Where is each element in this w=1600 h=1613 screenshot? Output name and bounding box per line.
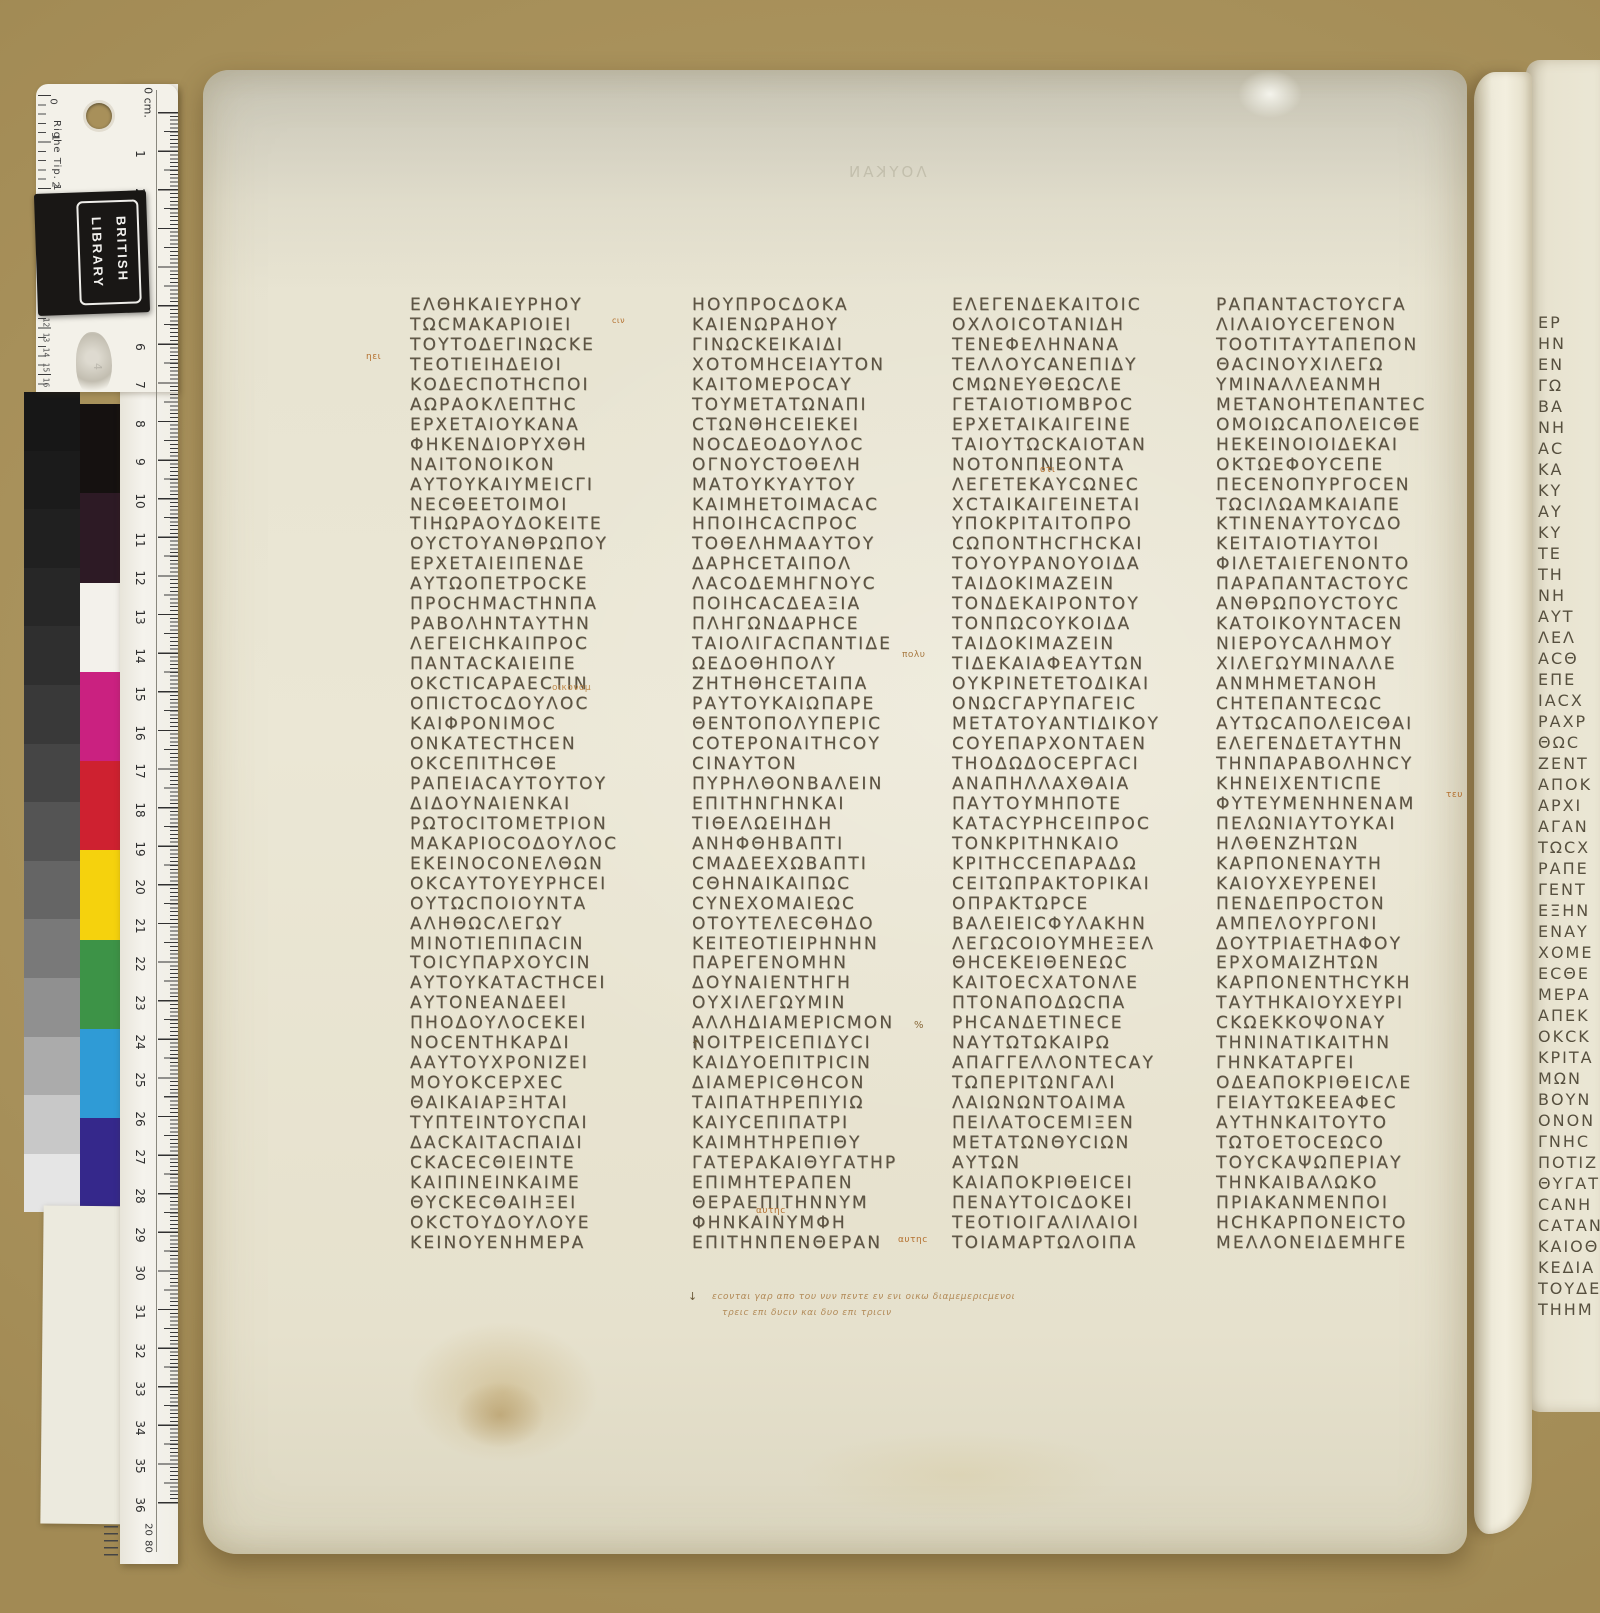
text-line: ΚΤΙΝΕΝΑΥΤΟΥϹΔΟ bbox=[1216, 515, 1468, 535]
text-line: ΤΑΙΔΟΚΙΜΑΖΕΙΝ bbox=[952, 635, 1204, 655]
ruler-cm-number: 18 bbox=[133, 798, 147, 822]
stain bbox=[1238, 70, 1302, 118]
text-line: ΝΟϹΔΕΟΔΟΥΛΟϹ bbox=[692, 436, 944, 456]
side-scale-small-number: 12 bbox=[42, 317, 51, 329]
text-line: ΓΗΝΚΑΤΑΡΓΕΙ bbox=[1216, 1054, 1468, 1074]
text-line: ΘΑϹΙΝΟΥΧΙΛΕΓΩ bbox=[1216, 356, 1468, 376]
ruler-cm-number: 29 bbox=[133, 1223, 147, 1247]
text-line: ΟΚϹΤΟΥΔΟΥΛΟΥΕ bbox=[410, 1214, 662, 1234]
text-line: ΤΕΝΕΦΕΛΗΝΑΝΑ bbox=[952, 336, 1204, 356]
text-line: ΜΕΤΑΤΟΥΑΝΤΙΔΙΚΟΥ bbox=[952, 715, 1204, 735]
text-line: ΑΥΤΟΥΚΑΙΥΜΕΙϹΓΙ bbox=[410, 476, 662, 496]
text-line: ΛΕΓΕΙϹΗΚΑΙΠΡΟϹ bbox=[410, 635, 662, 655]
text-column-4: ΡΑΠΑΝΤΑϹΤΟΥϹΓΑΛΙΛΑΙΟΥϹΕΓΕΝΟΝΤΟΟΤΙΤΑΥΤΑΠΕ… bbox=[1216, 296, 1468, 1254]
text-line: ΠΡΟϹΗΜΑϹΤΗΝΠΑ bbox=[410, 595, 662, 615]
adjacent-page-text-line: ΚΕΔΙΑ bbox=[1538, 1257, 1600, 1278]
text-line: ΑΥΤΟΥΚΑΤΑϹΤΗϹΕΙ bbox=[410, 974, 662, 994]
text-line: ΦΥΤΕΥΜΕΝΗΝΕΝΑΜ bbox=[1216, 795, 1468, 815]
adjacent-page-text-line: ΒΟΥΝ bbox=[1538, 1089, 1600, 1110]
text-line: ΤΙΘΕΛΩΕΙΗΔΗ bbox=[692, 815, 944, 835]
british-library-label-frame: BRITISH LIBRARY bbox=[76, 199, 142, 305]
text-line: ΕΚΕΙΝΟϹΟΝΕΛΘΩΝ bbox=[410, 855, 662, 875]
text-line: ΓΙΝΩϹΚΕΙΚΑΙΔΙ bbox=[692, 336, 944, 356]
ruler-cm-number: 1 bbox=[133, 142, 147, 166]
gray-step bbox=[24, 509, 80, 568]
text-line: ΤΥΠΤΕΙΝΤΟΥϹΠΑΙ bbox=[410, 1114, 662, 1134]
text-line: ΟΚϹΤΙϹΑΡΑΕϹΤΙΝ bbox=[410, 675, 662, 695]
text-line: ΠΕΛΩΝΙΑΥΤΟΥΚΑΙ bbox=[1216, 815, 1468, 835]
grayscale-wedge bbox=[24, 392, 80, 1212]
text-line: ΝΑΥΤΩΤΩΚΑΙΡΩ bbox=[952, 1034, 1204, 1054]
text-line: ΑΝΜΗΜΕΤΑΝΟΗ bbox=[1216, 675, 1468, 695]
marginal-note: τευ bbox=[1446, 790, 1463, 800]
adjacent-page-text-line: ΑΡΧΙ bbox=[1538, 795, 1600, 816]
text-column-2: ΗΟΥΠΡΟϹΔΟΚΑΚΑΙΕΝΩΡΑΗΟΥΓΙΝΩϹΚΕΙΚΑΙΔΙΧΟΤΟΜ… bbox=[692, 296, 944, 1254]
adjacent-page-text-line: ΧΟΜΕ bbox=[1538, 942, 1600, 963]
text-line: ΤΟΥϹΚΑΨΩΠΕΡΙΑΥ bbox=[1216, 1154, 1468, 1174]
text-line: ΜΕΤΑΝΟΗΤΕΠΑΝΤΕϹ bbox=[1216, 396, 1468, 416]
ruler-cm-number: 23 bbox=[133, 991, 147, 1015]
ruler-cm-number: 9 bbox=[133, 450, 147, 474]
text-line: ΟΥΤΩϹΠΟΙΟΥΝΤΑ bbox=[410, 895, 662, 915]
text-line: ΟΓΝΟΥϹΤΟΘΕΛΗ bbox=[692, 456, 944, 476]
marginal-note: ϲιν bbox=[612, 316, 625, 325]
text-line: ΚΑΤΟΙΚΟΥΝΤΑϹΕΝ bbox=[1216, 615, 1468, 635]
ruler-bottom-number-80: 80 bbox=[143, 1537, 154, 1557]
ruler-cm-number: 26 bbox=[133, 1107, 147, 1131]
text-line: ΚΑΙΕΝΩΡΑΗΟΥ bbox=[692, 316, 944, 336]
text-line: ΑΝΗΦΘΗΒΑΠΤΙ bbox=[692, 835, 944, 855]
text-line: ΔΙΑΜΕΡΙϹΘΗϹΟΝ bbox=[692, 1074, 944, 1094]
text-line: ΑΑΥΤΟΥΧΡΟΝΙΖΕΙ bbox=[410, 1054, 662, 1074]
text-column-1: ΕΛΘΗΚΑΙΕΥΡΗΟΥΤΩϹΜΑΚΑΡΙΟΙΕΙΤΟΥΤΟΔΕΓΙΝΩϹΚΕ… bbox=[410, 296, 662, 1254]
corrector-note-mark: ↓ bbox=[688, 1290, 697, 1303]
text-line: ΚΑΙΜΗΤΗΡΕΠΙΘΥ bbox=[692, 1134, 944, 1154]
adjacent-page-text-line: ΠΟΤΙΖ bbox=[1538, 1152, 1600, 1173]
text-line: ΤΕΟΤΙΕΙΗΔΕΙΟΙ bbox=[410, 356, 662, 376]
text-line: ΜΕΛΛΟΝΕΙΔΕΜΗΓΕ bbox=[1216, 1234, 1468, 1254]
text-line: ΤΩϹΙΛΩΑΜΚΑΙΑΠΕ bbox=[1216, 496, 1468, 516]
side-scale-small-number: 15 bbox=[42, 362, 51, 374]
text-line: ΠΑΡΕΓΕΝΟΜΗΝ bbox=[692, 954, 944, 974]
ruler-cm-number: 14 bbox=[133, 644, 147, 668]
text-line: ΟΜΟΙΩϹΑΠΟΛΕΙϹΘΕ bbox=[1216, 416, 1468, 436]
corrector-note-line: εϲονται γαρ απο του νυν πεντε εν ενι οικ… bbox=[712, 1292, 1015, 1302]
text-line: ϹΕΙΤΩΠΡΑΚΤΟΡΙΚΑΙ bbox=[952, 875, 1204, 895]
adjacent-page-text-line: ΝΗ bbox=[1538, 585, 1600, 606]
gray-step bbox=[24, 568, 80, 627]
side-scale-number: 2 bbox=[50, 177, 61, 191]
text-line: ΟΠΡΑΚΤΩΡϹΕ bbox=[952, 895, 1204, 915]
ruler-cm-number: 27 bbox=[133, 1145, 147, 1169]
text-line: ΤΟΝΚΡΙΤΗΝΚΑΙΟ bbox=[952, 835, 1204, 855]
text-line: ΚΑΙΤΟΕϹΧΑΤΟΝΛΕ bbox=[952, 974, 1204, 994]
text-line: ϹΥΝΕΧΟΜΑΙΕΩϹ bbox=[692, 895, 944, 915]
text-line: ΕΛΘΗΚΑΙΕΥΡΗΟΥ bbox=[410, 296, 662, 316]
ruler-cm-number: 35 bbox=[133, 1454, 147, 1478]
text-line: ΠΕΝΑΥΤΟΙϹΔΟΚΕΙ bbox=[952, 1194, 1204, 1214]
text-line: ΤΗΝΙΝΑΤΙΚΑΙΤΗΝ bbox=[1216, 1034, 1468, 1054]
side-scale-small-number: 13 bbox=[42, 332, 51, 344]
text-line: ΤΩΠΕΡΙΤΩΝΓΑΛΙ bbox=[952, 1074, 1204, 1094]
ruler-cm-number: 34 bbox=[133, 1416, 147, 1440]
adjacent-page-text-line: ΕϹΘΕ bbox=[1538, 963, 1600, 984]
adjacent-page-text-line: ΜΕΡΑ bbox=[1538, 984, 1600, 1005]
ruler-cm-number: 12 bbox=[133, 566, 147, 590]
text-line: ΗΕΚΕΙΝΟΙΟΙΔΕΚΑΙ bbox=[1216, 436, 1468, 456]
text-line: ϹΗΤΕΠΑΝΤΕϹΩϹ bbox=[1216, 695, 1468, 715]
text-line: ΕΛΕΓΕΝΔΕΤΑΥΤΗΝ bbox=[1216, 735, 1468, 755]
text-line: ΤΑΙΔΟΚΙΜΑΖΕΙΝ bbox=[952, 575, 1204, 595]
gray-step bbox=[24, 1095, 80, 1154]
text-line: ΝΟΙΤΡΕΙϹΕΠΙΔΥϹΙ bbox=[692, 1034, 944, 1054]
adjacent-page-text-line: ΑΠΟΚ bbox=[1538, 774, 1600, 795]
adjacent-page-text-line: ΚΡΙΤΑ bbox=[1538, 1047, 1600, 1068]
text-line: ΟΠΙϹΤΟϹΔΟΥΛΟϹ bbox=[410, 695, 662, 715]
text-line: ΚΕΙΝΟΥΕΝΗΜΕΡΑ bbox=[410, 1234, 662, 1254]
stain bbox=[800, 1430, 1120, 1520]
text-line: ΦΗΚΕΝΔΙΟΡΥΧΘΗ bbox=[410, 436, 662, 456]
show-through-text: ΛΟΥΚΑΝ bbox=[846, 163, 927, 181]
text-line: ΤΑΙΠΑΤΗΡΕΠΙΥΙΩ bbox=[692, 1094, 944, 1114]
gray-step bbox=[24, 802, 80, 861]
text-line: ΚΕΙΤΑΙΟΤΙΑΥΤΟΙ bbox=[1216, 535, 1468, 555]
ruler-divider-line bbox=[156, 90, 157, 1552]
marginal-note: ηει bbox=[366, 352, 381, 362]
text-line: ϹΙΝΑΥΤΟΝ bbox=[692, 755, 944, 775]
text-line: ΤΟΝΠΩϹΟΥΚΟΙΔΑ bbox=[952, 615, 1204, 635]
text-line: ΟΥϹΤΟΥΑΝΘΡΩΠΟΥ bbox=[410, 535, 662, 555]
gray-step bbox=[24, 626, 80, 685]
text-line: ΤΗΝΠΑΡΑΒΟΛΗΝϹΥ bbox=[1216, 755, 1468, 775]
marginal-arrow-mark: ↑ bbox=[690, 1038, 702, 1054]
marginal-mark: % bbox=[914, 1020, 924, 1031]
british-library-label-text: BRITISH LIBRARY bbox=[83, 216, 135, 289]
side-scale-zero: 0 bbox=[48, 98, 59, 104]
adjacent-page-text-line: ΟΝΟΝ bbox=[1538, 1110, 1600, 1131]
ruler-cm-number: 21 bbox=[133, 914, 147, 938]
text-line: ΠΑΝΤΑϹΚΑΙΕΙΠΕ bbox=[410, 655, 662, 675]
text-line: ΤΙΔΕΚΑΙΑΦΕΑΥΤΩΝ bbox=[952, 655, 1204, 675]
adjacent-page-text-line: ΑΠΕΚ bbox=[1538, 1005, 1600, 1026]
gray-step bbox=[24, 685, 80, 744]
gray-step bbox=[24, 919, 80, 978]
text-line: ΚΑΙΔΥΟΕΠΙΤΡΙϹΙΝ bbox=[692, 1054, 944, 1074]
text-line: ΠΟΙΗϹΑϹΔΕΑΞΙΑ bbox=[692, 595, 944, 615]
gray-step bbox=[24, 1154, 80, 1213]
text-line: ΑΛΛΗΔΙΑΜΕΡΙϹΜΟΝ bbox=[692, 1014, 944, 1034]
text-line: ΑΥΤΟΝΕΑΝΔΕΕΙ bbox=[410, 994, 662, 1014]
adjacent-page-text-line: ΓΕΝΤ bbox=[1538, 879, 1600, 900]
text-line: ΓΑΤΕΡΑΚΑΙΘΥΓΑΤΗΡ bbox=[692, 1154, 944, 1174]
text-line: ΘΥϹΚΕϹΘΑΙΗΞΕΙ bbox=[410, 1194, 662, 1214]
text-line: ΚΑΡΠΟΝΕΝΤΗϹΥΚΗ bbox=[1216, 974, 1468, 994]
adjacent-page-text-line: ΙΑϹΧ bbox=[1538, 690, 1600, 711]
text-line: ΚΑΙΦΡΟΝΙΜΟϹ bbox=[410, 715, 662, 735]
ruler-cm-number: 32 bbox=[133, 1339, 147, 1363]
text-line: ΚΑΙΜΗΕΤΟΙΜΑϹΑϹ bbox=[692, 496, 944, 516]
text-line: ΚΑΙΑΠΟΚΡΙΘΕΙϹΕΙ bbox=[952, 1174, 1204, 1194]
text-line: ΗΛΘΕΝΖΗΤΩΝ bbox=[1216, 835, 1468, 855]
stain bbox=[455, 1382, 545, 1448]
adjacent-page-text-line: ΑΥ bbox=[1538, 501, 1600, 522]
text-line: ΝΟΤΟΝΠΝΕΟΝΤΑ bbox=[952, 456, 1204, 476]
text-line: ΜΑΤΟΥΚΥΑΥΤΟΥ bbox=[692, 476, 944, 496]
text-line: ΛΑϹΟΔΕΜΗΓΝΟΥϹ bbox=[692, 575, 944, 595]
ruler-cm-number: 24 bbox=[133, 1030, 147, 1054]
text-line: ΛΑΙΩΝΩΝΤΟΑΙΜΑ bbox=[952, 1094, 1204, 1114]
text-line: ΤΕΟΤΙΟΙΓΑΛΙΛΑΙΟΙ bbox=[952, 1214, 1204, 1234]
text-line: ΡΑΒΟΛΗΝΤΑΥΤΗΝ bbox=[410, 615, 662, 635]
adjacent-page-text-line: ϹΑΤΑΝ bbox=[1538, 1215, 1600, 1236]
text-line: ΠΕΝΔΕΠΡΟϹΤΟΝ bbox=[1216, 895, 1468, 915]
gray-step bbox=[24, 978, 80, 1037]
text-line: ΟΚΤΩΕΦΟΥϹΕΠΕ bbox=[1216, 456, 1468, 476]
text-line: ΑΝΘΡΩΠΟΥϹΤΟΥϹ bbox=[1216, 595, 1468, 615]
text-line: ΧϹΤΑΙΚΑΙΓΕΙΝΕΤΑΙ bbox=[952, 496, 1204, 516]
text-line: ΔΟΥΤΡΙΑΕΤΗΑΦΟΥ bbox=[1216, 935, 1468, 955]
adjacent-page-text-line: ΓΝΗϹ bbox=[1538, 1131, 1600, 1152]
text-line: ΧΟΤΟΜΗϹΕΙΑΥΤΟΝ bbox=[692, 356, 944, 376]
text-line: ΟΤΟΥΤΕΛΕϹΘΗΔΟ bbox=[692, 915, 944, 935]
adjacent-page-text-line: ΤΗΗΜ bbox=[1538, 1299, 1600, 1320]
text-line: ΟΚϹΑΥΤΟΥΕΥΡΗϹΕΙ bbox=[410, 875, 662, 895]
ruler-cm-number: 15 bbox=[133, 682, 147, 706]
adjacent-page-text-line: ΕΝ bbox=[1538, 354, 1600, 375]
text-line: ΟΧΛΟΙϹΟΤΑΝΙΔΗ bbox=[952, 316, 1204, 336]
text-line: ΠΗΟΔΟΥΛΟϹΕΚΕΙ bbox=[410, 1014, 662, 1034]
text-line: ΕΡΧΕΤΑΙΚΑΙΓΕΙΝΕ bbox=[952, 416, 1204, 436]
adjacent-page-text-line: ΕΡ bbox=[1538, 312, 1600, 333]
text-line: ΤΟΙΑΜΑΡΤΩΛΟΙΠΑ bbox=[952, 1234, 1204, 1254]
text-line: ΗϹΗΚΑΡΠΟΝΕΙϹΤΟ bbox=[1216, 1214, 1468, 1234]
text-line: ΝΕϹΘΕΕΤΟΙΜΟΙ bbox=[410, 496, 662, 516]
ruler-cm-number: 22 bbox=[133, 952, 147, 976]
text-line: ΗΠΟΙΗϹΑϹΠΡΟϹ bbox=[692, 515, 944, 535]
text-line: ϹΜΩΝΕΥΘΕΩϹΛΕ bbox=[952, 376, 1204, 396]
gray-step bbox=[24, 861, 80, 920]
adjacent-page-text-line: ΛΕΛ bbox=[1538, 627, 1600, 648]
ruler-cm-number: 28 bbox=[133, 1184, 147, 1208]
text-line: ΛΕΓΕΤΕΚΑΥϹΩΝΕϹ bbox=[952, 476, 1204, 496]
text-line: ΚΑΤΑϹΥΡΗϹΕΙΠΡΟϹ bbox=[952, 815, 1204, 835]
adjacent-page-text-line: ΒΑ bbox=[1538, 396, 1600, 417]
ruler-cm-number: 8 bbox=[133, 412, 147, 436]
text-line: ΑΜΠΕΛΟΥΡΓΟΝΙ bbox=[1216, 915, 1468, 935]
text-line: ϹΘΗΝΑΙΚΑΙΠΩϹ bbox=[692, 875, 944, 895]
text-line: ΟΥΧΙΛΕΓΩΥΜΙΝ bbox=[692, 994, 944, 1014]
text-line: ΝΑΙΤΟΝΟΙΚΟΝ bbox=[410, 456, 662, 476]
adjacent-page-text-line: ΜΩΝ bbox=[1538, 1068, 1600, 1089]
text-line: ΤΟΥΤΟΔΕΓΙΝΩϹΚΕ bbox=[410, 336, 662, 356]
adjacent-page-text-line: ΕΠΕ bbox=[1538, 669, 1600, 690]
ruler-hole bbox=[86, 103, 112, 129]
text-line: ΤΙΗΩΡΑΟΥΔΟΚΕΙΤΕ bbox=[410, 515, 662, 535]
abrasion-patch bbox=[76, 332, 112, 396]
text-line: ϹΚΩΕΚΚΟΨΟΝΑΥ bbox=[1216, 1014, 1468, 1034]
adjacent-page-text-line: ΕΞΗΝ bbox=[1538, 900, 1600, 921]
text-line: ΤΟΥΟΥΡΑΝΟΥΟΙΔΑ bbox=[952, 555, 1204, 575]
text-line: ΦΗΝΚΑΙΝΥΜΦΗ bbox=[692, 1214, 944, 1234]
text-line: ΛΕΓΩϹΟΙΟΥΜΗΕΞΕΛ bbox=[952, 935, 1204, 955]
text-line: ΘΕΡΑΕΠΙΤΗΝΝΥΜ bbox=[692, 1194, 944, 1214]
text-line: ΘΗϹΕΚΕΙΘΕΝΕΩϹ bbox=[952, 954, 1204, 974]
text-line: ΚΟΔΕϹΠΟΤΗϹΠΟΙ bbox=[410, 376, 662, 396]
ruler-cm-number: 10 bbox=[133, 489, 147, 513]
ruler-cm-number: 17 bbox=[133, 759, 147, 783]
manuscript-photo: 0 cm. 1234567891011121314151617181920212… bbox=[0, 0, 1600, 1613]
adjacent-page-text-line: ϹΑΝΗ bbox=[1538, 1194, 1600, 1215]
text-line: ϹΩΠΟΝΤΗϹΓΗϹΚΑΙ bbox=[952, 535, 1204, 555]
text-line: ΜΙΝΟΤΙΕΠΙΠΑϹΙΝ bbox=[410, 935, 662, 955]
adjacent-page-text-line: ΤΕ bbox=[1538, 543, 1600, 564]
ruler-cm-number: 13 bbox=[133, 605, 147, 629]
text-line: ϹΟΥΕΠΑΡΧΟΝΤΑΕΝ bbox=[952, 735, 1204, 755]
text-line: ΜΕΤΑΤΩΝΘΥϹΙΩΝ bbox=[952, 1134, 1204, 1154]
ruler-cm-number: 25 bbox=[133, 1068, 147, 1092]
text-line: ΔΙΔΟΥΝΑΙΕΝΚΑΙ bbox=[410, 795, 662, 815]
text-line: ΡΑΥΤΟΥΚΑΙΩΠΑΡΕ bbox=[692, 695, 944, 715]
ruler-cm-number: 7 bbox=[133, 373, 147, 397]
text-line: ΗΟΥΠΡΟϹΔΟΚΑ bbox=[692, 296, 944, 316]
adjacent-page-text-line: ΚΑ bbox=[1538, 459, 1600, 480]
text-line: ΤΩΤΟΕΤΟϹΕΩϹΟ bbox=[1216, 1134, 1468, 1154]
text-line: ΠΕΙΛΑΤΟϹΕΜΙΞΕΝ bbox=[952, 1114, 1204, 1134]
text-line: ΚΑΙΤΟΜΕΡΟϹΑΥ bbox=[692, 376, 944, 396]
text-line: ΔΟΥΝΑΙΕΝΤΗΓΗ bbox=[692, 974, 944, 994]
text-line: ΟΝΚΑΤΕϹΤΗϹΕΝ bbox=[410, 735, 662, 755]
adjacent-page-text-line: ΗΝ bbox=[1538, 333, 1600, 354]
label-word-british: BRITISH bbox=[113, 216, 130, 282]
adjacent-page-text-line: ΘΥΓΑΤ bbox=[1538, 1173, 1600, 1194]
adjacent-page-text-line: ΑΓΑΝ bbox=[1538, 816, 1600, 837]
adjacent-page-text-line: ΕΝΑΥ bbox=[1538, 921, 1600, 942]
text-line: ΡΩΤΟϹΙΤΟΜΕΤΡΙΟΝ bbox=[410, 815, 662, 835]
text-line: ΤΟΥΜΕΤΑΤΩΝΑΠΙ bbox=[692, 396, 944, 416]
text-line: ΜΑΚΑΡΙΟϹΟΔΟΥΛΟϹ bbox=[410, 835, 662, 855]
text-line: ΠΑΥΤΟΥΜΗΠΟΤΕ bbox=[952, 795, 1204, 815]
ruler-cm-number: 31 bbox=[133, 1300, 147, 1324]
text-line: ΤΗΝΚΑΙΒΑΛΩΚΟ bbox=[1216, 1174, 1468, 1194]
text-line: ΑΥΤΩϹΑΠΟΛΕΙϹΘΑΙ bbox=[1216, 715, 1468, 735]
adjacent-page-text-column: ΕΡΗΝΕΝΓΩΒΑΝΗΑϹΚΑΚΥΑΥΚΥΤΕΤΗΝΗΑΥΤΛΕΛΑϹΘΕΠΕ… bbox=[1538, 312, 1600, 1320]
text-line: ΕΡΧΟΜΑΙΖΗΤΩΝ bbox=[1216, 954, 1468, 974]
adjacent-page-text-line: ΤΗ bbox=[1538, 564, 1600, 585]
text-line: ΔΑΡΗϹΕΤΑΙΠΟΛ bbox=[692, 555, 944, 575]
adjacent-page-text-line: ΤΩϹΧ bbox=[1538, 837, 1600, 858]
adjacent-page-text-line: ΝΗ bbox=[1538, 417, 1600, 438]
adjacent-page-text-line: ΑΥΤ bbox=[1538, 606, 1600, 627]
text-line: ϹΟΤΕΡΟΝΑΙΤΗϹΟΥ bbox=[692, 735, 944, 755]
text-line: ϹΚΑϹΕϹΘΙΕΙΝΤΕ bbox=[410, 1154, 662, 1174]
ruler-cm-number: 6 bbox=[133, 335, 147, 359]
text-line: ΑΩΡΑΟΚΛΕΠΤΗϹ bbox=[410, 396, 662, 416]
text-line: ΑΛΗΘΩϹΛΕΓΩΥ bbox=[410, 915, 662, 935]
text-line: ΥΠΟΚΡΙΤΑΙΤΟΠΡΟ bbox=[952, 515, 1204, 535]
text-line: ΕΠΙΜΗΤΕΡΑΠΕΝ bbox=[692, 1174, 944, 1194]
ruler-cm-number: 20 bbox=[133, 875, 147, 899]
ruler-cm-number: 11 bbox=[133, 528, 147, 552]
text-line: ΠΤΟΝΑΠΟΔΩϹΠΑ bbox=[952, 994, 1204, 1014]
marginal-note: αυτηϲ bbox=[898, 1235, 928, 1245]
text-line: ΠΡΙΑΚΑΝΜΕΝΠΟΙ bbox=[1216, 1194, 1468, 1214]
text-line: ΟΝΩϹΓΑΡΥΠΑΓΕΙϹ bbox=[952, 695, 1204, 715]
text-line: ΦΙΛΕΤΑΙΕΓΕΝΟΝΤΟ bbox=[1216, 555, 1468, 575]
text-line: ΚΑΙΟΥΧΕΥΡΕΝΕΙ bbox=[1216, 875, 1468, 895]
marginal-note: οικονομ bbox=[552, 683, 591, 693]
text-line: ΤΟΙϹΥΠΑΡΧΟΥϹΙΝ bbox=[410, 954, 662, 974]
text-line: ΧΙΛΕΓΩΥΜΙΝΑΛΛΕ bbox=[1216, 655, 1468, 675]
text-line: ΚΡΙΤΗϹϹΕΠΑΡΑΔΩ bbox=[952, 855, 1204, 875]
side-scale-number: 1 bbox=[50, 131, 61, 145]
adjacent-page-text-line: ΡΑΠΕ bbox=[1538, 858, 1600, 879]
adjacent-page-text-line: ΚΑΙΟΘ bbox=[1538, 1236, 1600, 1257]
text-line: ΤΑΥΤΗΚΑΙΟΥΧΕΥΡΙ bbox=[1216, 994, 1468, 1014]
gray-step bbox=[24, 392, 80, 451]
text-line: ΕΛΕΓΕΝΔΕΚΑΙΤΟΙϹ bbox=[952, 296, 1204, 316]
text-line: ΡΑΠΕΙΑϹΑΥΤΟΥΤΟΥ bbox=[410, 775, 662, 795]
text-line: ΚΕΙΤΕΟΤΙΕΙΡΗΝΗΝ bbox=[692, 935, 944, 955]
ruler-cm-ticks bbox=[158, 112, 178, 1504]
text-line: ΔΑϹΚΑΙΤΑϹΠΑΙΔΙ bbox=[410, 1134, 662, 1154]
adjacent-page-text-line: ΡΑΧΡ bbox=[1538, 711, 1600, 732]
ruler-cm-number: 16 bbox=[133, 721, 147, 745]
page-fold-edge bbox=[1474, 72, 1532, 1534]
text-line: ϹΤΩΝΘΗϹΕΙΕΚΕΙ bbox=[692, 416, 944, 436]
adjacent-page-text-line: ΟΚϹΚ bbox=[1538, 1026, 1600, 1047]
ruler-cm-number: 33 bbox=[133, 1377, 147, 1401]
text-line: ΤΟΝΔΕΚΑΙΡΟΝΤΟΥ bbox=[952, 595, 1204, 615]
text-line: ϹΜΑΔΕΕΧΩΒΑΠΤΙ bbox=[692, 855, 944, 875]
adjacent-page-text-line: ΑϹΘ bbox=[1538, 648, 1600, 669]
text-line: ΓΕΤΑΙΟΤΙΟΜΒΡΟϹ bbox=[952, 396, 1204, 416]
text-line: ΤΗΟΔΩΔΟϹΕΡΓΑϹΙ bbox=[952, 755, 1204, 775]
ruler-bottom-ticks bbox=[104, 1526, 118, 1558]
text-line: ΕΡΧΕΤΑΙΟΥΚΑΝΑ bbox=[410, 416, 662, 436]
text-line: ΑΠΑΓΓΕΛΛΟΝΤΕϹΑΥ bbox=[952, 1054, 1204, 1074]
marginal-note: αυτηϲ bbox=[756, 1206, 786, 1216]
text-line: ΑΥΤΩΝ bbox=[952, 1154, 1204, 1174]
text-line: ΤΟΘΕΛΗΜΑΑΥΤΟΥ bbox=[692, 535, 944, 555]
text-line: ΑΝΑΠΗΛΛΑΧΘΑΙΑ bbox=[952, 775, 1204, 795]
text-line: ΟΚϹΕΠΙΤΗϹΘΕ bbox=[410, 755, 662, 775]
adjacent-page-text-line: ΚΥ bbox=[1538, 480, 1600, 501]
corrector-note-line: τρειϲ επι δυϲιν και δυο επι τριϲιν bbox=[722, 1308, 892, 1318]
text-line: ΡΗϹΑΝΔΕΤΙΝΕϹΕ bbox=[952, 1014, 1204, 1034]
text-line: ΒΑΛΕΙΕΙϹΦΥΛΑΚΗΝ bbox=[952, 915, 1204, 935]
side-scale-small-number: 16 bbox=[42, 377, 51, 389]
adjacent-page-text-line: ΓΩ bbox=[1538, 375, 1600, 396]
label-word-library: LIBRARY bbox=[89, 217, 106, 289]
text-line: ΠΑΡΑΠΑΝΤΑϹΤΟΥϹ bbox=[1216, 575, 1468, 595]
ruler-cm-number: 30 bbox=[133, 1261, 147, 1285]
text-line: ΟΥΚΡΙΝΕΤΕΤΟΔΙΚΑΙ bbox=[952, 675, 1204, 695]
text-line: ΑΥΤΩΟΠΕΤΡΟϹΚΕ bbox=[410, 575, 662, 595]
text-column-3: ΕΛΕΓΕΝΔΕΚΑΙΤΟΙϹΟΧΛΟΙϹΟΤΑΝΙΔΗΤΕΝΕΦΕΛΗΝΑΝΑ… bbox=[952, 296, 1204, 1254]
text-line: ΠΕϹΕΝΟΠΥΡΓΟϹΕΝ bbox=[1216, 476, 1468, 496]
ruler-cm-number: 19 bbox=[133, 837, 147, 861]
adjacent-page-text-line: ΘΩϹ bbox=[1538, 732, 1600, 753]
text-line: ΖΗΤΗΘΗϹΕΤΑΙΠΑ bbox=[692, 675, 944, 695]
adjacent-page-text-line: ΤΟΥΔΕ bbox=[1538, 1278, 1600, 1299]
text-line: ΚΗΝΕΙΧΕΝΤΙϹΠΕ bbox=[1216, 775, 1468, 795]
text-line: ΚΑΙΠΙΝΕΙΝΚΑΙΜΕ bbox=[410, 1174, 662, 1194]
text-line: ΛΙΛΑΙΟΥϹΕΓΕΝΟΝ bbox=[1216, 316, 1468, 336]
marginal-note: πολυ bbox=[902, 650, 925, 660]
text-line: ΑΥΤΗΝΚΑΙΤΟΥΤΟ bbox=[1216, 1114, 1468, 1134]
text-line: ΤΟΟΤΙΤΑΥΤΑΠΕΠΟΝ bbox=[1216, 336, 1468, 356]
text-line: ΝΟϹΕΝΤΗΚΑΡΔΙ bbox=[410, 1034, 662, 1054]
